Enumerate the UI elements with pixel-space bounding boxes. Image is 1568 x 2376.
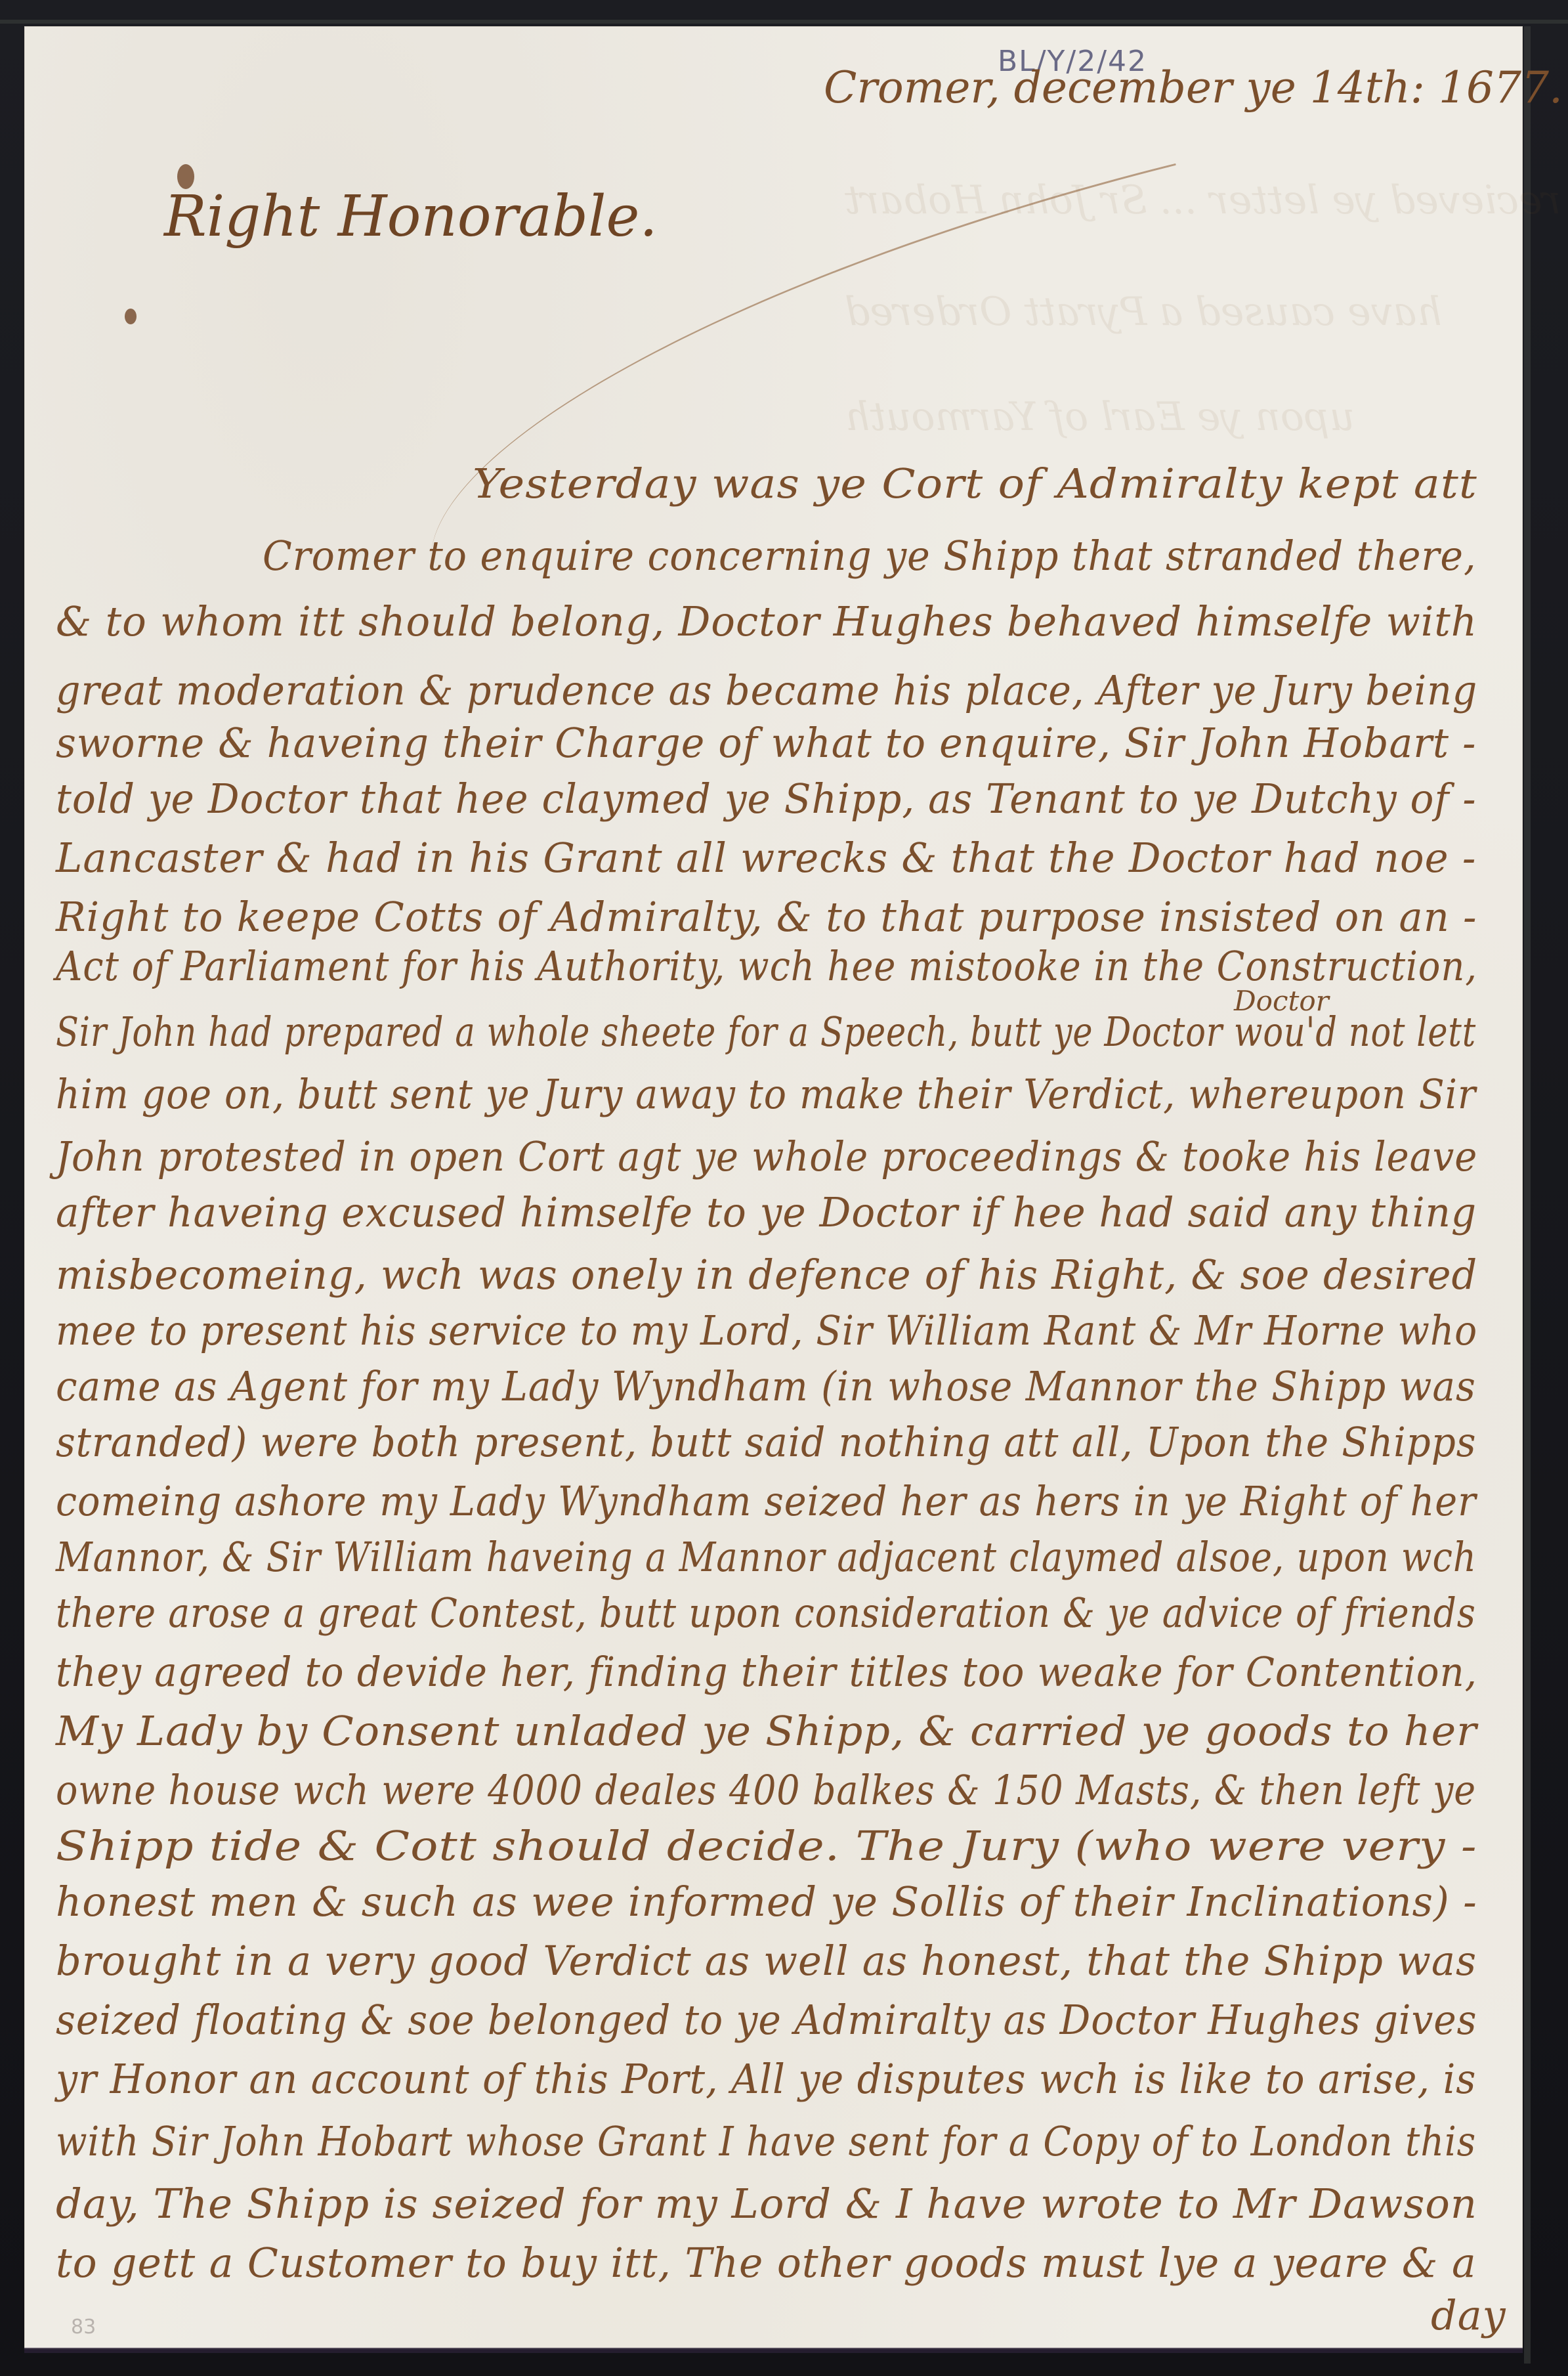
body-line: Shipp tide & Cott should decide. The Jur… [56, 1822, 1477, 1870]
letter-dateline: Cromer, december ye 14th: 1677. [824, 62, 1563, 113]
body-line: Right to keepe Cotts of Admiralty, & to … [56, 893, 1477, 941]
body-line: Act of Parliament for his Authority, wch… [56, 942, 1477, 990]
body-line: honest men & such as wee informed ye Sol… [56, 1878, 1477, 1926]
body-line: after haveing excused himselfe to ye Doc… [56, 1188, 1477, 1236]
body-line: seized floating & soe belonged to ye Adm… [56, 1996, 1477, 2044]
body-line: John protested in open Cort agt ye whole… [56, 1133, 1477, 1180]
body-line: came as Agent for my Lady Wyndham (in wh… [56, 1362, 1476, 1410]
body-line: My Lady by Consent unladed ye Shipp, & c… [56, 1707, 1477, 1755]
body-line: misbecomeing, wch was onely in defence o… [56, 1251, 1477, 1299]
body-line: with Sir John Hobart whose Grant I have … [56, 2117, 1476, 2165]
body-line: stranded) were both present, butt said n… [56, 1418, 1476, 1466]
body-line: comeing ashore my Lady Wyndham seized he… [56, 1477, 1476, 1525]
body-line: to gett a Customer to buy itt, The other… [56, 2239, 1477, 2287]
body-line: they agreed to devide her, finding their… [56, 1648, 1477, 1696]
body-line: Lancaster & had in his Grant all wrecks … [56, 834, 1476, 882]
folio-number: 83 [71, 2316, 96, 2339]
body-line: yr Honor an account of this Port, All ye… [56, 2055, 1476, 2103]
body-line: Sir John had prepared a whole sheete for… [56, 1008, 1476, 1056]
body-line: owne house wch were 4000 deales 400 balk… [56, 1766, 1476, 1814]
body-line: day, The Shipp is seized for my Lord & I… [56, 2180, 1477, 2228]
verso-show-through: recieved ye letter ... Sr John Hobart [845, 177, 1561, 223]
body-line: sworne & haveing their Charge of what to… [56, 719, 1476, 767]
mount-right-strip [1524, 26, 1531, 2364]
letter-salutation: Right Honorable. [164, 184, 658, 249]
body-line: Yesterday was ye Cort of Admiralty kept … [473, 460, 1477, 508]
body-line: told ye Doctor that hee claymed ye Shipp… [56, 775, 1477, 823]
body-line: him goe on, butt sent ye Jury away to ma… [56, 1070, 1476, 1118]
mount-edge [0, 20, 1568, 24]
body-line: mee to present his service to my Lord, S… [56, 1307, 1477, 1354]
ink-blot [125, 309, 137, 324]
body-line: great moderation & prudence as became hi… [56, 666, 1477, 714]
body-line: & to whom itt should belong, Doctor Hugh… [56, 597, 1477, 645]
body-line: there arose a great Contest, butt upon c… [56, 1589, 1476, 1637]
body-line: brought in a very good Verdict as well a… [56, 1937, 1477, 1985]
body-line: Cromer to enquire concerning ye Shipp th… [263, 532, 1476, 580]
ink-blot [177, 164, 194, 189]
catchword: day [1431, 2291, 1506, 2339]
body-line: Mannor, & Sir William haveing a Mannor a… [56, 1533, 1477, 1581]
